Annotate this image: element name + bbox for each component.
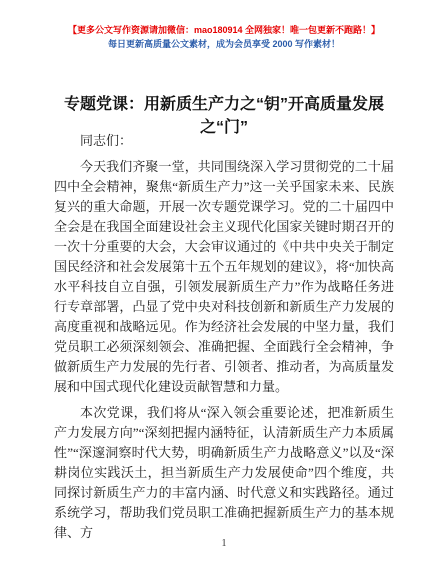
paragraph-outline: 本次党课，我们将从“深入领会重要论述，把准新质生产力发展方向”“深刻把握内涵特征… xyxy=(54,403,394,543)
promo-header: 【更多公文写作资源请加微信：mao180914 全网独家！唯一包更新不跑路！】 … xyxy=(0,24,448,50)
document-page: 【更多公文写作资源请加微信：mao180914 全网独家！唯一包更新不跑路！】 … xyxy=(0,0,448,580)
document-body: 同志们： 今天我们齐聚一堂，共同围绕深入学习贯彻党的二十届四中全会精神，聚焦“新… xyxy=(54,131,394,549)
page-number: 1 xyxy=(0,538,448,549)
promo-line-1: 【更多公文写作资源请加微信：mao180914 全网独家！唯一包更新不跑路！】 xyxy=(0,24,448,36)
promo-line-2: 每日更新高质量公文素材，成为会员享受 2000 写作素材！ xyxy=(0,38,448,50)
paragraph-intro: 今天我们齐聚一堂，共同围绕深入学习贯彻党的二十届四中全会精神，聚焦“新质生产力”… xyxy=(54,157,394,397)
paragraph-salutation: 同志们： xyxy=(54,131,394,151)
